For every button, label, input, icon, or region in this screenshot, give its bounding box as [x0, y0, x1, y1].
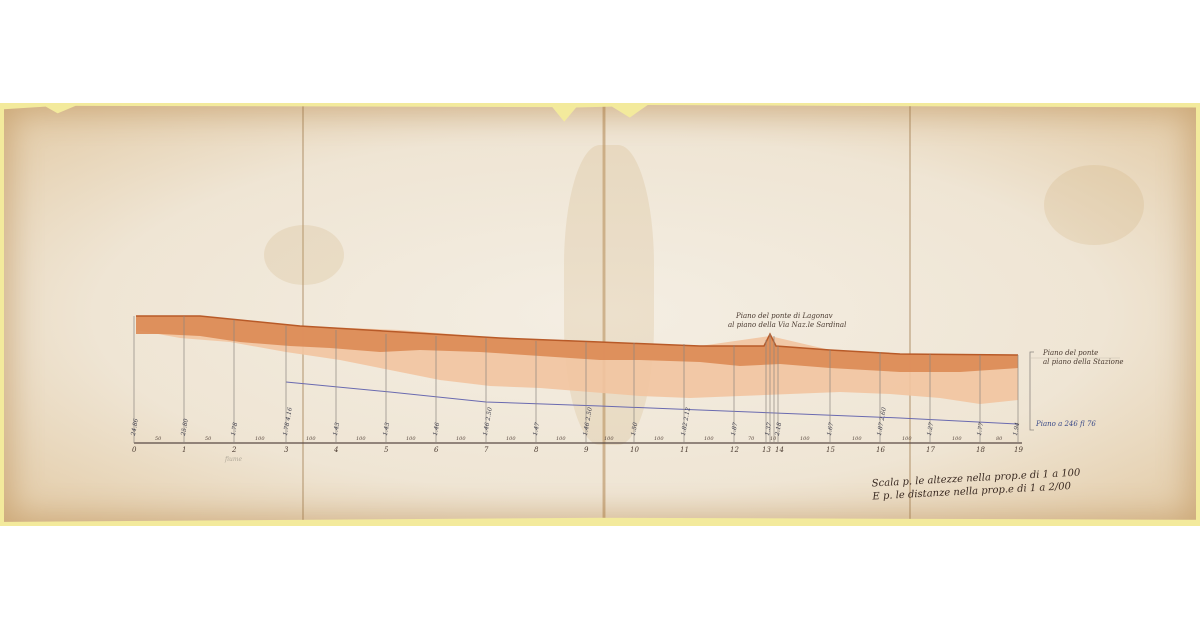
- station-label: 11: [680, 446, 689, 454]
- distance-label: 70: [748, 436, 754, 442]
- distance-label: 100: [556, 436, 566, 442]
- station-end-note: Piano del ponte al piano della Stazione: [1043, 349, 1124, 367]
- distance-label: 100: [506, 436, 516, 442]
- distance-label: 100: [406, 436, 416, 442]
- pencil-note: fiume: [225, 456, 242, 463]
- station-label: 16: [876, 446, 885, 454]
- distance-label: 100: [952, 436, 962, 442]
- distance-label: 50: [155, 436, 161, 442]
- distance-label: 10: [770, 436, 776, 442]
- station-label: 17: [926, 446, 935, 454]
- station-label: 8: [534, 446, 538, 454]
- end-bracket: [1030, 352, 1034, 430]
- station-label: 10: [630, 446, 639, 454]
- distance-label: 100: [704, 436, 714, 442]
- station-label: 5: [384, 446, 388, 454]
- station-label: 9: [584, 446, 588, 454]
- station-label: 12: [730, 446, 739, 454]
- bridge-note: Piano del ponte di Lagonav al piano dell…: [736, 312, 846, 330]
- distance-label: 100: [852, 436, 862, 442]
- station-label: 15: [826, 446, 835, 454]
- profile-drawing: [0, 0, 1200, 628]
- distance-label: 100: [800, 436, 810, 442]
- bridge-note-line1: Piano del ponte di Lagonav: [736, 312, 846, 321]
- end-note-line1: Piano del ponte: [1043, 349, 1124, 358]
- station-label: 0: [132, 446, 136, 454]
- distance-label: 100: [654, 436, 664, 442]
- bridge-note-line2: al piano della Via Naz.le Sardinal: [728, 321, 846, 330]
- distance-label: 100: [306, 436, 316, 442]
- station-label: 3: [284, 446, 288, 454]
- distance-label: 100: [604, 436, 614, 442]
- station-label: 2: [232, 446, 236, 454]
- distance-label: 100: [456, 436, 466, 442]
- datum-label: Piano a 246 fl 76: [1036, 420, 1096, 428]
- distance-label: 100: [356, 436, 366, 442]
- distance-label: 100: [902, 436, 912, 442]
- station-label: 7: [484, 446, 488, 454]
- station-label: 19: [1014, 446, 1023, 454]
- end-note-line2: al piano della Stazione: [1043, 358, 1124, 367]
- distance-label: 100: [255, 436, 265, 442]
- station-label: 1: [182, 446, 186, 454]
- distance-label: 50: [205, 436, 211, 442]
- station-label: 13: [762, 446, 771, 454]
- station-label: 4: [334, 446, 338, 454]
- distance-label: 80: [996, 436, 1002, 442]
- station-label: 18: [976, 446, 985, 454]
- station-label: 6: [434, 446, 438, 454]
- station-label: 14: [775, 446, 784, 454]
